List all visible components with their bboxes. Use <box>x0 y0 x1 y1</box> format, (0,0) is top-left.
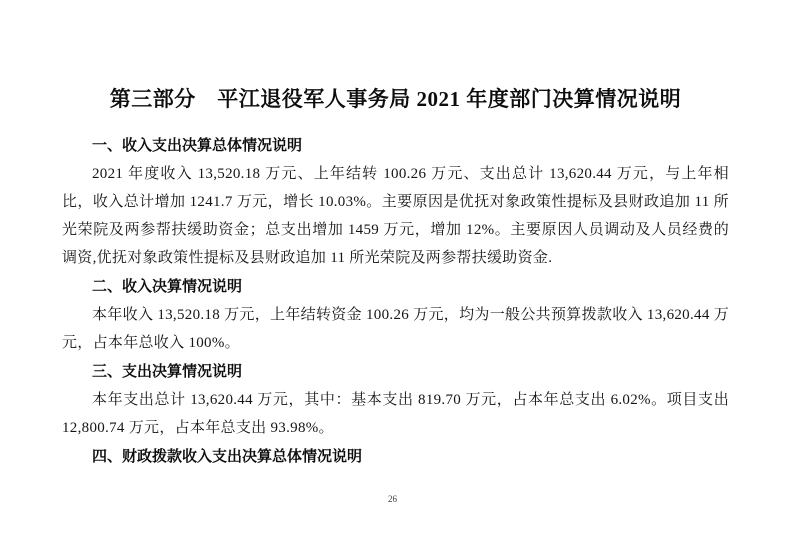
section-heading-1: 一、收入支出决算总体情况说明 <box>62 132 729 160</box>
section-1-paragraph: 2021 年度收入 13,520.18 万元、上年结转 100.26 万元、支出… <box>62 160 729 272</box>
section-2-paragraph: 本年收入 13,520.18 万元，上年结转资金 100.26 万元，均为一般公… <box>62 301 729 357</box>
section-heading-3: 三、支出决算情况说明 <box>62 358 729 386</box>
page-title: 第三部分 平江退役军人事务局 2021 年度部门决算情况说明 <box>62 84 729 114</box>
section-3-paragraph: 本年支出总计 13,620.44 万元，其中：基本支出 819.70 万元，占本… <box>62 386 729 442</box>
page-number: 26 <box>0 494 785 504</box>
document-page: 第三部分 平江退役军人事务局 2021 年度部门决算情况说明 一、收入支出决算总… <box>0 0 785 555</box>
section-heading-4: 四、财政拨款收入支出决算总体情况说明 <box>62 443 729 471</box>
section-heading-2: 二、收入决算情况说明 <box>62 273 729 301</box>
